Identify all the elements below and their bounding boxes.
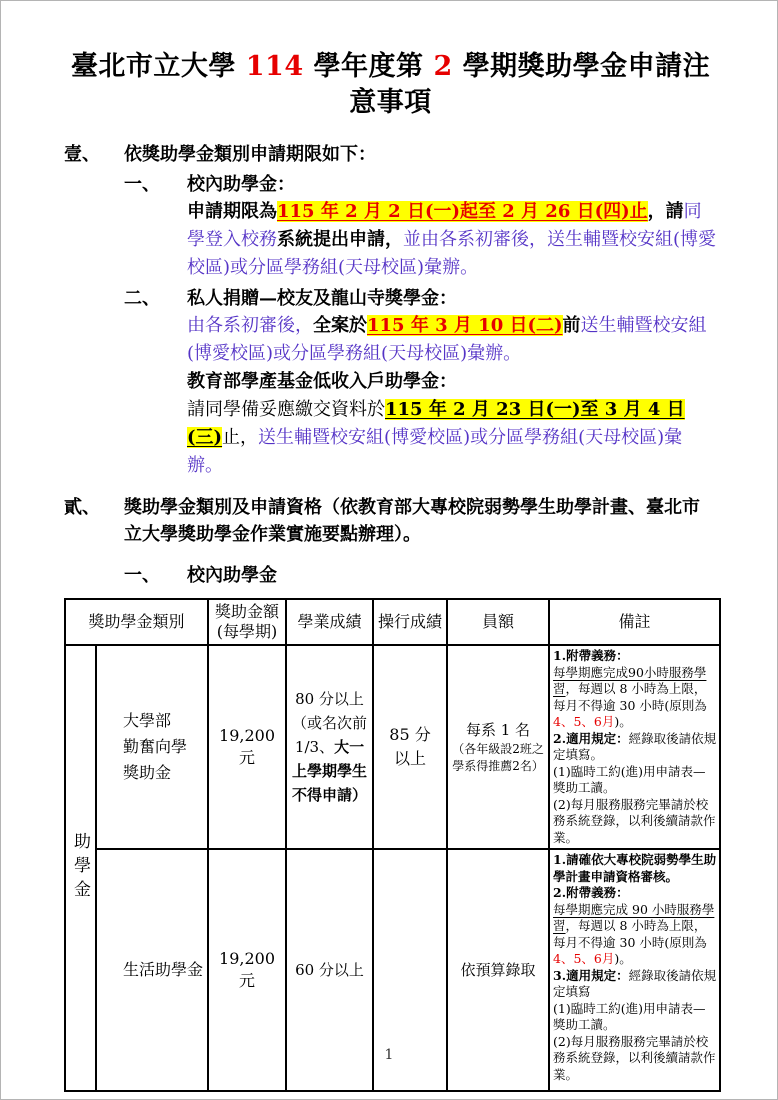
- text-segment: 全案於: [313, 315, 367, 336]
- text-segment: 4、5、6月: [553, 951, 614, 966]
- text-segment: ）: [352, 786, 367, 804]
- text-segment: ，每週以 8 小時為上限，每月不得逾 30 小時(原則為: [553, 918, 707, 950]
- text-segment: )。: [614, 951, 631, 966]
- text-segment: 3.適用規定：: [553, 968, 629, 983]
- text-segment: 臺北市立大學: [71, 51, 246, 82]
- text-segment: 學年度第: [304, 51, 434, 82]
- page-number: 1: [1, 1047, 777, 1063]
- quota-sub: （各年級設2班之 學系得推薦2名）: [449, 741, 547, 775]
- quota-main: 依預算錄取: [449, 959, 547, 981]
- cell-academic: 80 分以上 （或名次前1/3、大一上學期學生不得申請）: [286, 645, 373, 849]
- text-segment: 申請期限為: [187, 201, 277, 222]
- item-campus-aid-number: 一、: [124, 171, 187, 198]
- item-campus-aid-heading: 一、 校內助學金：: [124, 171, 717, 198]
- header-category: 獎助學金類別: [65, 599, 208, 645]
- section-one-body: 一、 校內助學金： 申請期限為115 年 2 月 2 日(一)起至 2 月 26…: [124, 171, 717, 480]
- table-section-title: 校內助學金: [187, 562, 717, 589]
- text-segment: 前: [563, 315, 581, 336]
- row-group-label: 助學金: [68, 832, 93, 904]
- document-page: 臺北市立大學 114 學年度第 2 學期獎助學金申請注意事項 壹、 依獎助學金類…: [0, 0, 778, 1100]
- section-one-heading: 壹、 依獎助學金類別申請期限如下：: [64, 141, 717, 168]
- text-segment: 2: [433, 51, 452, 82]
- text-segment: 60 分以上: [295, 961, 364, 979]
- item-campus-aid-title: 校內助學金：: [187, 171, 717, 198]
- item-moe-fund-paragraph: 請同學備妥應繳交資料於115 年 2 月 23 日(一)至 3 月 4 日(三)…: [187, 396, 717, 480]
- text-segment: 115 年 2 月 2 日(一)起至 2 月 26 日(四)止: [277, 201, 648, 222]
- item-private-donation-heading: 二、 私人捐贈—校友及龍山寺獎學金：: [124, 285, 717, 312]
- cell-type: 大學部 勤奮向學 獎助金: [96, 645, 208, 849]
- item-private-donation-paragraph: 由各系初審後，全案於115 年 3 月 10 日(二)前送生輔暨校安組(博愛校區…: [187, 312, 717, 368]
- text-segment: 請同學備妥應繳交資料於: [187, 399, 385, 420]
- text-segment: 115 年 3 月 10 日(二): [367, 315, 563, 336]
- text-segment: ，請: [648, 201, 684, 222]
- text-segment: 止，: [222, 427, 258, 448]
- cell-conduct: 85 分 以上: [373, 645, 447, 849]
- table-row: 助學金 大學部 勤奮向學 獎助金 19,200 元 80 分以上 （或名次前1/…: [65, 645, 720, 849]
- table-section-heading: 一、 校內助學金: [124, 562, 717, 589]
- scholarship-table: 獎助學金類別 獎助金額 (每學期) 學業成績 操行成績 員額 備註 助學金 大學…: [64, 598, 721, 1092]
- text-segment: 1.請確依大專校院弱勢學生助學計畫申請資格審核。: [553, 852, 716, 884]
- item-private-donation-title: 私人捐贈—校友及龍山寺獎學金：: [187, 285, 717, 312]
- row-group-label-cell: 助學金: [65, 645, 96, 1091]
- section-one-title: 依獎助學金類別申請期限如下：: [124, 141, 717, 168]
- text-segment: )。: [614, 714, 631, 729]
- header-conduct: 操行成績: [373, 599, 447, 645]
- text-segment: 系統提出申請，: [277, 229, 403, 250]
- section-two-number: 貳、: [64, 494, 124, 548]
- text-segment: 4、5、6月: [553, 714, 614, 729]
- cell-quota: 每系 1 名 （各年級設2班之 學系得推薦2名）: [447, 645, 549, 849]
- text-segment: 114: [246, 51, 304, 82]
- document-content: 臺北市立大學 114 學年度第 2 學期獎助學金申請注意事項 壹、 依獎助學金類…: [1, 49, 777, 1092]
- item-private-donation-number: 二、: [124, 285, 187, 312]
- table-section-number: 一、: [124, 562, 187, 589]
- quota-main: 每系 1 名: [449, 719, 547, 741]
- item-campus-aid-paragraph: 申請期限為115 年 2 月 2 日(一)起至 2 月 26 日(四)止，請同學…: [187, 198, 717, 282]
- text-segment: 1.附帶義務：: [553, 648, 629, 663]
- header-academic: 學業成績: [286, 599, 373, 645]
- text-segment: (1)臨時工約(進)用申請表—獎助工讀。: [553, 764, 705, 796]
- cell-remarks: 1.附帶義務： 每學期應完成90小時服務學習，每週以 8 小時為上限，每月不得逾…: [549, 645, 720, 849]
- section-two-title: 獎助學金類別及申請資格（依教育部大專校院弱勢學生助學計畫、臺北市立大學獎助學金作…: [124, 494, 717, 548]
- text-segment: 由各系初審後，: [187, 315, 313, 336]
- text-segment: (1)臨時工約(進)用申請表—獎助工讀。: [553, 1001, 705, 1033]
- table-header-row: 獎助學金類別 獎助金額 (每學期) 學業成績 操行成績 員額 備註: [65, 599, 720, 645]
- text-segment: (2)每月服務服務完畢請於校務系統登錄，以利後續請款作業。: [553, 797, 716, 845]
- section-one-number: 壹、: [64, 141, 124, 168]
- text-segment: 2.適用規定：: [553, 731, 629, 746]
- text-segment: 2.附帶義務：: [553, 885, 629, 900]
- text-segment: 送生輔暨校安組(博愛校區)或分區學務組(天母校區)彙辦。: [187, 427, 682, 476]
- header-remarks: 備註: [549, 599, 720, 645]
- header-quota: 員額: [447, 599, 549, 645]
- section-two-heading: 貳、 獎助學金類別及申請資格（依教育部大專校院弱勢學生助學計畫、臺北市立大學獎助…: [64, 494, 717, 548]
- cell-amount: 19,200 元: [208, 645, 286, 849]
- header-amount: 獎助金額 (每學期): [208, 599, 286, 645]
- text-segment: ，每週以 8 小時為上限，每月不得逾 30 小時(原則為: [553, 681, 707, 713]
- section-two-body: 一、 校內助學金: [124, 562, 717, 589]
- page-title: 臺北市立大學 114 學年度第 2 學期獎助學金申請注意事項: [64, 49, 717, 121]
- item-moe-fund-heading: 教育部學產基金低收入戶助學金：: [187, 368, 717, 396]
